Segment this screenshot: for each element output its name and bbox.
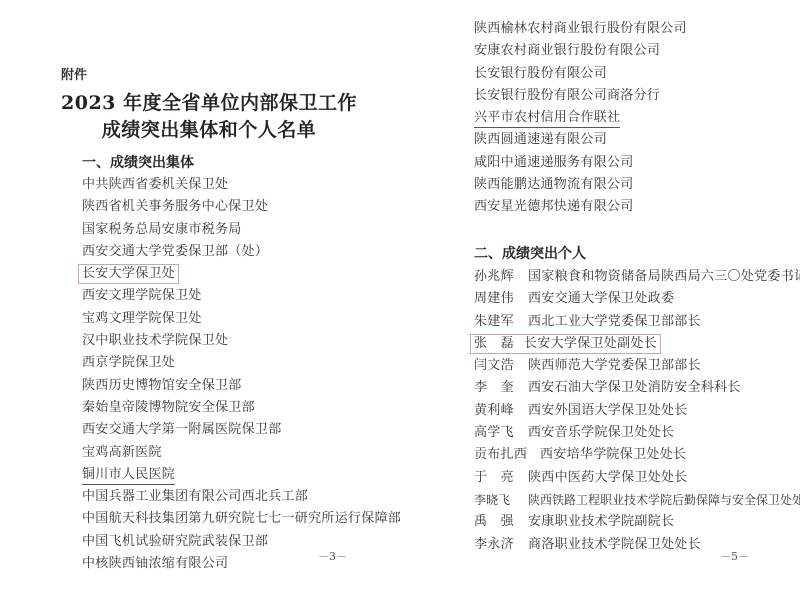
person-position: 西安培华学院保卫处处长 <box>540 447 686 462</box>
list-item: 汉中职业技术学院保卫处 <box>82 330 401 352</box>
person-name: 高学飞 <box>474 422 528 444</box>
person-row-highlighted: 张 磊长安大学保卫处副处长 <box>474 333 800 355</box>
person-row: 禹 强安康职业技术学院副院长 <box>474 511 800 533</box>
list-item-text: 长安银行股份有限公司商洛分行 <box>474 88 660 103</box>
list-item: 秦始皇帝陵博物院安全保卫部 <box>82 397 401 419</box>
person-row: 于 亮陕西中医药大学保卫处处长 <box>474 467 800 489</box>
person-position: 西安交通大学保卫处政委 <box>528 291 674 306</box>
list-item: 西安星光德邦快递有限公司 <box>474 196 687 218</box>
person-name: 贡布扎西 <box>474 444 540 466</box>
person-name: 李永济 <box>474 534 528 556</box>
list-item-text: 陕西圆通速递有限公司 <box>474 132 607 147</box>
person-row: 闫文浩陕西师范大学党委保卫部部长 <box>474 355 800 377</box>
person-name: 朱建军 <box>474 311 528 333</box>
list-item: 咸阳中通速递服务有限公司 <box>474 152 687 174</box>
list-item: 长安银行股份有限公司 <box>474 63 687 85</box>
list-item: 国家税务总局安康市税务局 <box>82 219 401 241</box>
list-item-text: 西安交通大学党委保卫部（处） <box>82 244 268 259</box>
list-item-text: 安康农村商业银行股份有限公司 <box>474 43 660 58</box>
list-item: 中共陕西省委机关保卫处 <box>82 174 401 196</box>
person-name: 周建伟 <box>474 288 528 310</box>
list-item-highlighted: 长安大学保卫处 <box>82 263 401 285</box>
section-heading-collectives: 一、成绩突出集体 <box>82 152 194 172</box>
list-item: 中国飞机试验研究院武装保卫部 <box>82 531 401 553</box>
list-item-text: 国家税务总局安康市税务局 <box>82 222 242 237</box>
person-row: 贡布扎西西安培华学院保卫处处长 <box>474 444 800 466</box>
document-title-line-1: 2023 年度全省单位内部保卫工作 <box>0 88 400 115</box>
page-number: －3－ <box>318 548 347 564</box>
person-position: 长安大学保卫处副处长 <box>524 336 657 351</box>
list-item-text: 中国航天科技集团第九研究院七七一研究所运行保障部 <box>82 511 401 526</box>
person-name: 于 亮 <box>474 467 528 489</box>
person-name: 张 磊 <box>474 335 524 353</box>
list-item-text: 中国兵器工业集团有限公司西北兵工部 <box>82 489 308 504</box>
list-item-text: 宝鸡文理学院保卫处 <box>82 311 202 326</box>
person-row: 黄利峰西安外国语大学保卫处处长 <box>474 400 800 422</box>
person-row: 李晓飞陕西铁路工程职业技术学院后勤保障与安全保卫处处长 <box>474 489 800 511</box>
list-item-text: 陕西榆林农村商业银行股份有限公司 <box>474 21 687 36</box>
list-item: 宝鸡文理学院保卫处 <box>82 308 401 330</box>
person-position: 商洛职业技术学院保卫处处长 <box>528 537 701 552</box>
list-item-text: 咸阳中通速递服务有限公司 <box>474 155 634 170</box>
list-item-text: 西京学院保卫处 <box>82 355 175 370</box>
person-row: 孙兆辉国家粮食和物资储备局陕西局六三〇处党委书记 <box>474 266 800 288</box>
list-item: 陕西圆通速递有限公司 <box>474 129 687 151</box>
person-name: 黄利峰 <box>474 400 528 422</box>
collectives-list: 中共陕西省委机关保卫处 陕西省机关事务服务中心保卫处 国家税务总局安康市税务局 … <box>82 174 401 575</box>
person-position: 陕西铁路工程职业技术学院后勤保障与安全保卫处处长 <box>528 493 800 507</box>
person-row: 朱建军西北工业大学党委保卫部部长 <box>474 311 800 333</box>
list-item-text: 西安交通大学第一附属医院保卫部 <box>82 422 282 437</box>
list-item-text: 陕西省机关事务服务中心保卫处 <box>82 199 268 214</box>
list-item: 西安交通大学党委保卫部（处） <box>82 241 401 263</box>
person-name: 禹 强 <box>474 511 528 533</box>
highlight-box: 张 磊长安大学保卫处副处长 <box>470 334 661 354</box>
list-item-text: 中核陕西铀浓缩有限公司 <box>82 556 228 571</box>
list-item-text: 秦始皇帝陵博物院安全保卫部 <box>82 400 255 415</box>
person-position: 安康职业技术学院副院长 <box>528 514 674 529</box>
document-page-3: 附件 2023 年度全省单位内部保卫工作 成绩突出集体和个人名单 一、成绩突出集… <box>0 0 400 600</box>
list-item-text: 陕西历史博物馆安全保卫部 <box>82 378 242 393</box>
list-item: 中核陕西铀浓缩有限公司 <box>82 553 401 575</box>
list-item: 西安交通大学第一附属医院保卫部 <box>82 419 401 441</box>
list-item-text: 长安银行股份有限公司 <box>474 66 607 81</box>
section-heading-individuals: 二、成绩突出个人 <box>474 243 586 263</box>
person-position: 西安音乐学院保卫处处长 <box>528 425 674 440</box>
person-row: 高学飞西安音乐学院保卫处处长 <box>474 422 800 444</box>
person-row: 周建伟西安交通大学保卫处政委 <box>474 288 800 310</box>
list-item-text: 中共陕西省委机关保卫处 <box>82 177 228 192</box>
list-item-underlined: 铜川市人民医院 <box>82 464 401 486</box>
person-position: 国家粮食和物资储备局陕西局六三〇处党委书记 <box>528 269 800 284</box>
person-name: 李 奎 <box>474 377 528 399</box>
person-row: 李 奎西安石油大学保卫处消防安全科科长 <box>474 377 800 399</box>
underlined-text: 铜川市人民医院 <box>82 466 175 485</box>
list-item: 西安文理学院保卫处 <box>82 285 401 307</box>
list-item: 中国兵器工业集团有限公司西北兵工部 <box>82 486 401 508</box>
person-position: 西北工业大学党委保卫部部长 <box>528 314 701 329</box>
page-number: －5－ <box>720 548 749 564</box>
document-title-line-2: 成绩突出集体和个人名单 <box>0 115 400 142</box>
highlight-box: 长安大学保卫处 <box>78 264 179 284</box>
list-item: 陕西榆林农村商业银行股份有限公司 <box>474 18 687 40</box>
person-position: 西安石油大学保卫处消防安全科科长 <box>528 380 741 395</box>
person-name: 闫文浩 <box>474 355 528 377</box>
list-item-text: 宝鸡高新医院 <box>82 445 162 460</box>
list-item: 陕西省机关事务服务中心保卫处 <box>82 196 401 218</box>
list-item: 中国航天科技集团第九研究院七七一研究所运行保障部 <box>82 508 401 530</box>
collectives-list-continued: 陕西榆林农村商业银行股份有限公司 安康农村商业银行股份有限公司 长安银行股份有限… <box>474 18 687 219</box>
list-item-text: 中国飞机试验研究院武装保卫部 <box>82 534 268 549</box>
attachment-label: 附件 <box>61 64 87 83</box>
underlined-text: 兴平市农村信用合作联社 <box>474 109 620 128</box>
list-item: 西京学院保卫处 <box>82 352 401 374</box>
list-item: 宝鸡高新医院 <box>82 442 401 464</box>
list-item-text: 西安文理学院保卫处 <box>82 288 202 303</box>
person-name: 孙兆辉 <box>474 266 528 288</box>
individuals-list: 孙兆辉国家粮食和物资储备局陕西局六三〇处党委书记 周建伟西安交通大学保卫处政委 … <box>474 266 800 556</box>
person-position: 西安外国语大学保卫处处长 <box>528 403 688 418</box>
person-name: 李晓飞 <box>474 489 528 511</box>
list-item: 安康农村商业银行股份有限公司 <box>474 40 687 62</box>
list-item-text: 西安星光德邦快递有限公司 <box>474 199 634 214</box>
list-item: 陕西历史博物馆安全保卫部 <box>82 375 401 397</box>
list-item: 长安银行股份有限公司商洛分行 <box>474 85 687 107</box>
list-item-underlined: 兴平市农村信用合作联社 <box>474 107 687 129</box>
person-position: 陕西中医药大学保卫处处长 <box>528 470 688 485</box>
person-row: 李永济商洛职业技术学院保卫处处长 <box>474 534 800 556</box>
list-item-text: 汉中职业技术学院保卫处 <box>82 333 228 348</box>
person-position: 陕西师范大学党委保卫部部长 <box>528 358 701 373</box>
list-item: 陕西能鹏达通物流有限公司 <box>474 174 687 196</box>
list-item-text: 陕西能鹏达通物流有限公司 <box>474 177 634 192</box>
